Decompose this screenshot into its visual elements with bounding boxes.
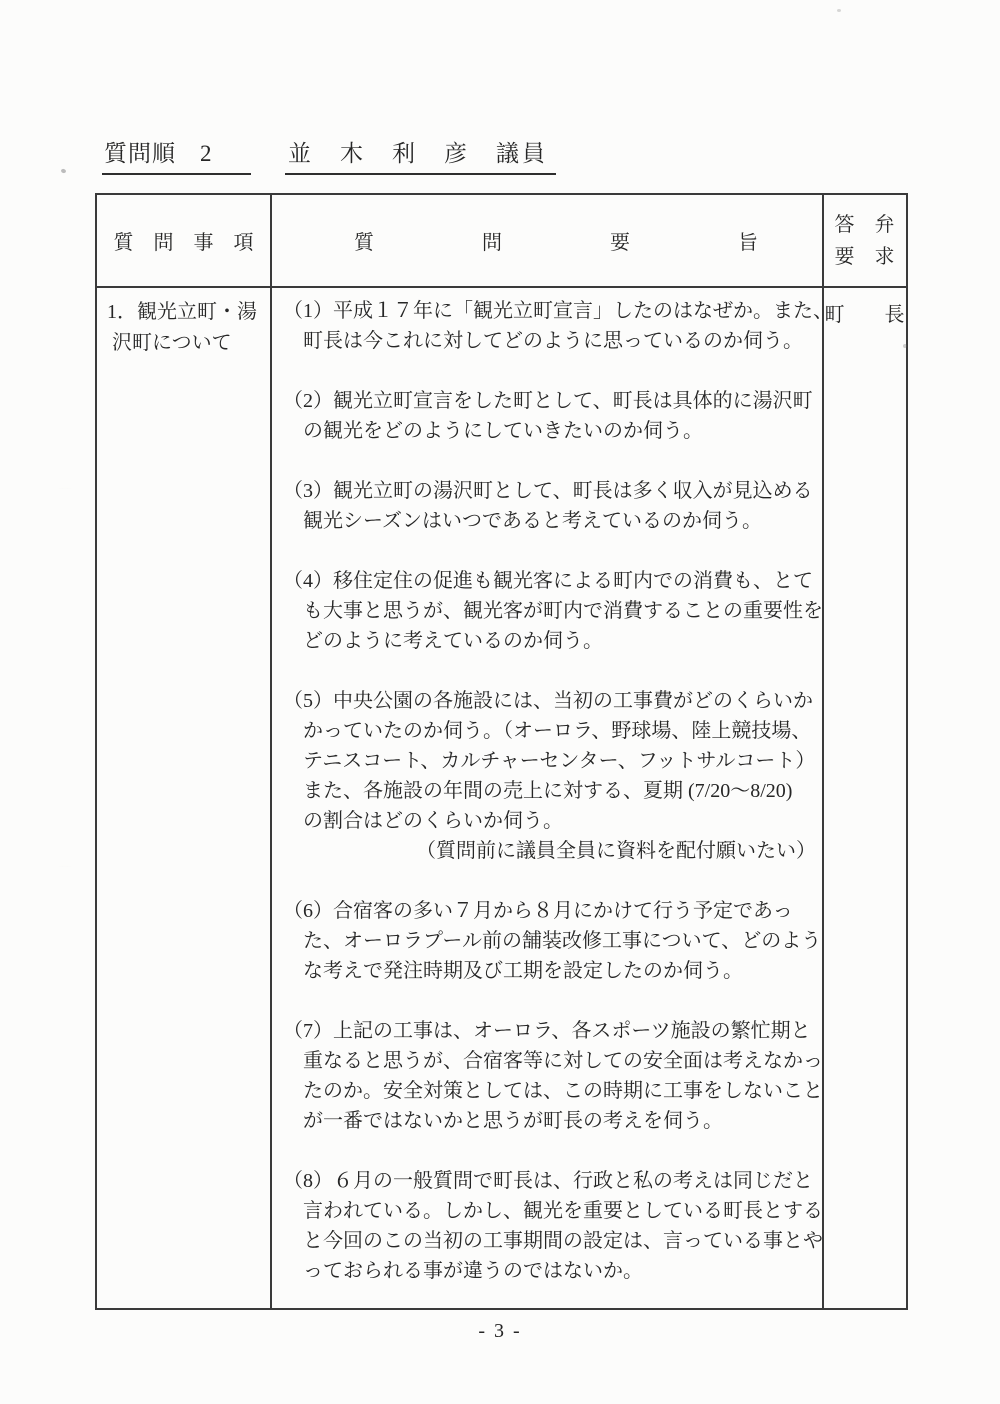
header-answer-line: 答 弁 [835, 213, 895, 237]
question-summary-cell: （1）平成１７年に「観光立町宣言」したのはなぜか。また、 町長は今これに対してど… [272, 288, 822, 1308]
council-member-name: 並 木 利 彦 議員 [285, 139, 556, 175]
question-item-2: （2）観光立町宣言をした町として、町長は具体的に湯沢町 の観光をどのようにしてい… [283, 386, 822, 446]
question-item-1: （1）平成１７年に「観光立町宣言」したのはなぜか。また、 町長は今これに対してど… [283, 296, 822, 356]
scan-speck [60, 168, 66, 173]
header-char: 質 [354, 226, 374, 255]
scan-speck [903, 344, 907, 348]
question-item-4: （4）移住定住の促進も観光客による町内での消費も、とて も大事と思うが、観光客が… [283, 566, 822, 656]
question-table: 質 問 事 項 質 問 要 旨 答 弁 要 求 1．観光立町・湯 沢町について … [95, 193, 908, 1310]
header-answer-line: 要 求 [835, 245, 895, 269]
table-column-divider [822, 195, 824, 1308]
header-char: 要 [610, 226, 630, 255]
question-order-title: 質問順 2 [102, 139, 251, 175]
column-header-answer-request: 答 弁 要 求 [824, 195, 905, 286]
scanned-document-page: 質問順 2 並 木 利 彦 議員 質 問 事 項 質 問 要 旨 答 弁 要 求… [0, 0, 1000, 1404]
question-item-5-note: （質問前に議員全員に資料を配付願いたい） [283, 836, 816, 866]
question-topic-cell: 1．観光立町・湯 沢町について [97, 288, 270, 359]
punch-hole-mark [41, 866, 89, 890]
question-item-6: （6）合宿客の多い７月から８月にかけて行う予定であっ た、オーロラプール前の舗装… [283, 896, 822, 986]
header-char: 問 [482, 226, 502, 255]
question-item-3: （3）観光立町の湯沢町として、町長は多く収入が見込める 観光シーズンはいつである… [283, 476, 822, 536]
question-item-5: （5）中央公園の各施設には、当初の工事費がどのくらいか かっていたのか伺う。（オ… [283, 686, 822, 836]
page-number: - 3 - [0, 1320, 1000, 1343]
column-header-question-summary: 質 問 要 旨 [272, 195, 822, 286]
question-item-7: （7）上記の工事は、オーロラ、各スポーツ施設の繁忙期と 重なると思うが、合宿客等… [283, 1016, 822, 1136]
question-item-8: （8）６月の一般質問で町長は、行政と私の考えは同じだと 言われている。しかし、観… [283, 1166, 822, 1286]
scan-speck [837, 9, 841, 12]
column-header-question-item: 質 問 事 項 [97, 195, 270, 286]
answerer-cell: 町 長 [824, 288, 905, 327]
header-char: 旨 [738, 226, 758, 255]
punch-hole-mark [41, 488, 89, 512]
